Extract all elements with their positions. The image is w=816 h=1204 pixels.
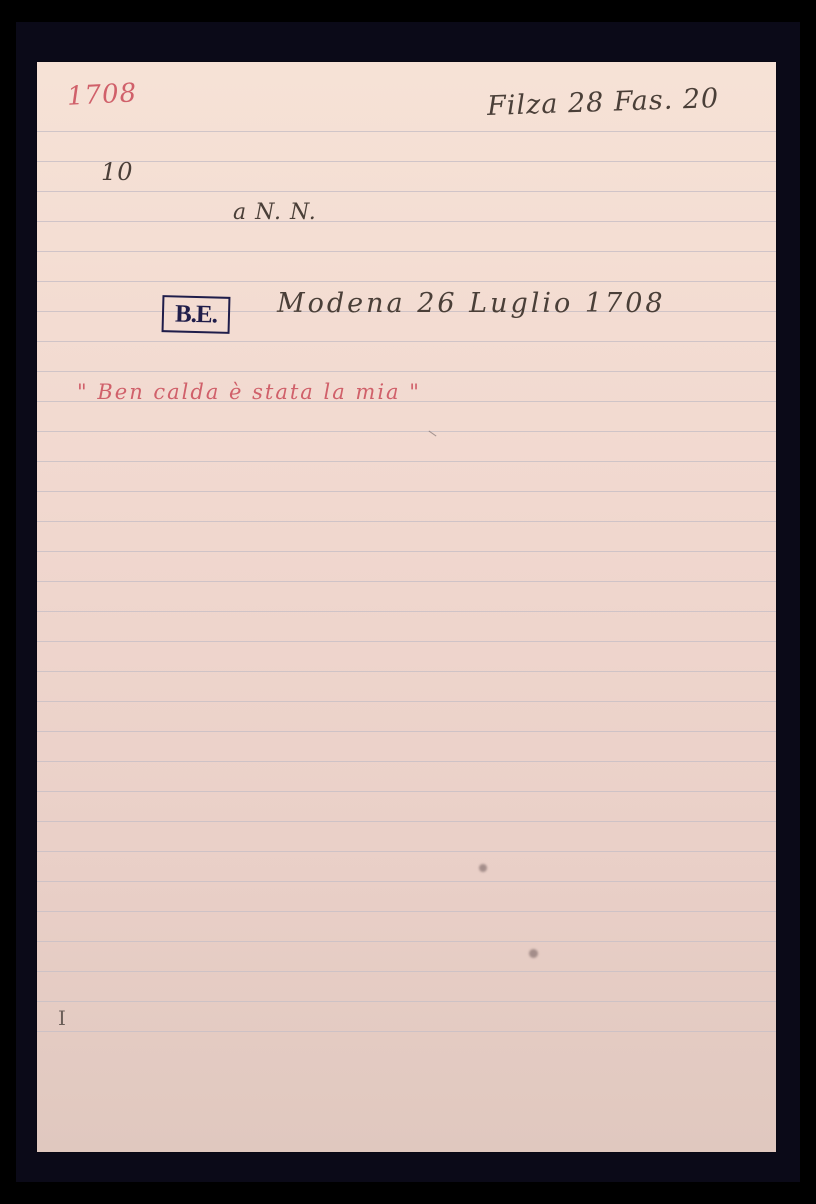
bottom-left-mark: I: [58, 1006, 67, 1030]
place-date: Modena 26 Luglio 1708: [277, 288, 666, 319]
be-stamp: B.E.: [162, 295, 231, 334]
recipient: a N. N.: [233, 200, 317, 225]
rule-line: [37, 281, 776, 282]
paper-sheet: 1708 Filza 28 Fas. 20 10 a N. N. B.E. Mo…: [37, 62, 776, 1152]
rule-line: [37, 641, 776, 642]
rule-line: [37, 251, 776, 252]
rule-line: [37, 791, 776, 792]
rule-line: [37, 191, 776, 192]
rule-line: [37, 731, 776, 732]
rule-line: [37, 431, 776, 432]
rule-line: [37, 701, 776, 702]
rule-line: [37, 1031, 776, 1032]
rule-line: [37, 581, 776, 582]
incipit: " Ben calda è stata la mia ": [77, 380, 421, 404]
paper-spot: [529, 949, 538, 958]
rule-line: [37, 461, 776, 462]
rule-line: [37, 1001, 776, 1002]
rule-line: [37, 851, 776, 852]
paper-spot: [479, 864, 487, 872]
rule-line: [37, 131, 776, 132]
rule-line: [37, 611, 776, 612]
rule-line: [37, 491, 776, 492]
rule-line: [37, 371, 776, 372]
rule-line: [37, 341, 776, 342]
rule-line: [37, 521, 776, 522]
rule-line: [37, 161, 776, 162]
rule-line: [37, 551, 776, 552]
rule-line: [37, 761, 776, 762]
rule-line: [37, 221, 776, 222]
rule-line: [37, 911, 776, 912]
rule-line: [37, 821, 776, 822]
rule-line: [37, 881, 776, 882]
filza-reference: Filza 28 Fas. 20: [487, 83, 720, 122]
year-annotation: 1708: [66, 78, 138, 112]
item-number: 10: [101, 158, 134, 186]
rule-line: [37, 971, 776, 972]
rule-line: [37, 941, 776, 942]
rule-line: [37, 671, 776, 672]
